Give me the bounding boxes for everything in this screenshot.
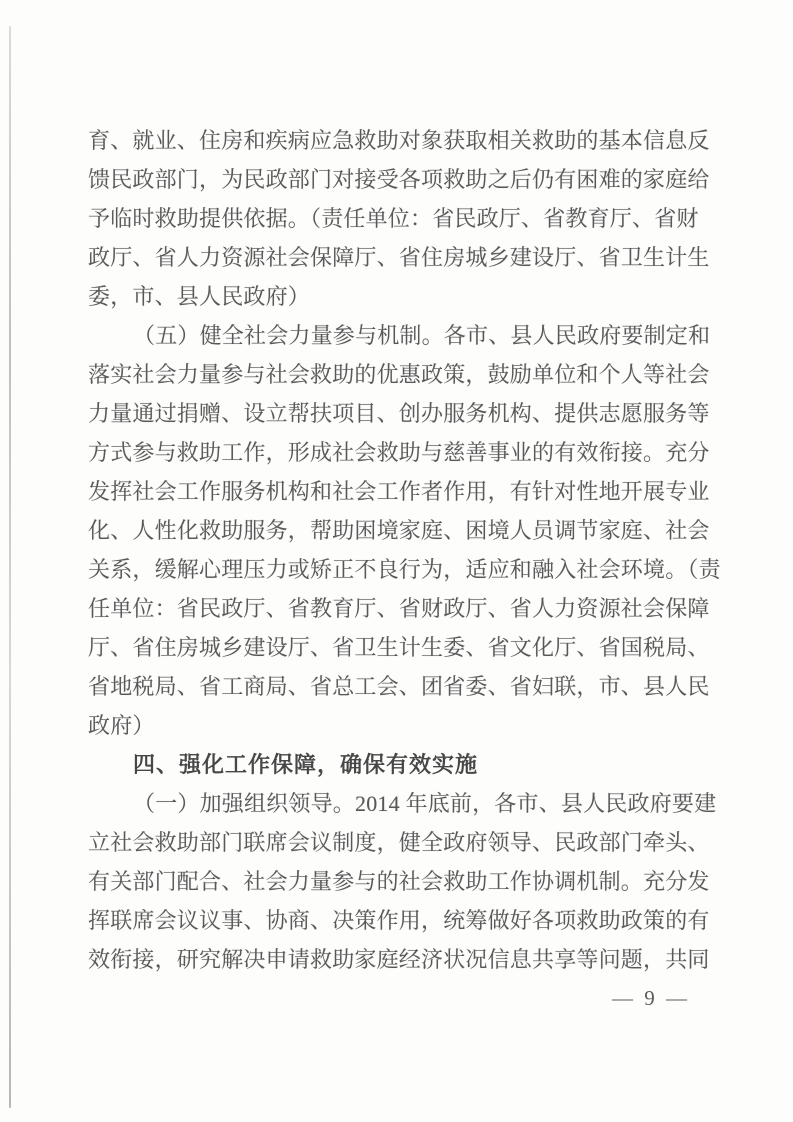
text-line: 委，市、县人民政府） bbox=[88, 277, 720, 316]
text-line: 任单位：省民政厅、省教育厅、省财政厅、省人力资源社会保障 bbox=[88, 589, 720, 628]
text-line: 有关部门配合、社会力量参与的社会救助工作协调机制。充分发 bbox=[88, 862, 720, 901]
paragraph-item-one: （一）加强组织领导。2014 年底前，各市、县人民政府要建 立社会救助部门联席会… bbox=[88, 784, 720, 979]
document-page: 育、就业、住房和疾病应急救助对象获取相关救助的基本信息反 馈民政部门，为民政部门… bbox=[0, 0, 793, 1122]
text-line: 育、就业、住房和疾病应急救助对象获取相关救助的基本信息反 bbox=[88, 121, 720, 160]
text-line: 挥联席会议议事、协商、决策作用，统筹做好各项救助政策的有 bbox=[88, 901, 720, 940]
scan-edge-artifact bbox=[9, 26, 11, 1108]
text-line: 馈民政部门，为民政部门对接受各项救助之后仍有困难的家庭给 bbox=[88, 160, 720, 199]
text-line: 落实社会力量参与社会救助的优惠政策，鼓励单位和个人等社会 bbox=[88, 355, 720, 394]
text-line: （五）健全社会力量参与机制。各市、县人民政府要制定和 bbox=[88, 316, 720, 355]
paragraph-continued: 育、就业、住房和疾病应急救助对象获取相关救助的基本信息反 馈民政部门，为民政部门… bbox=[88, 121, 720, 316]
paragraph-item-five: （五）健全社会力量参与机制。各市、县人民政府要制定和 落实社会力量参与社会救助的… bbox=[88, 316, 720, 745]
text-line: 发挥社会工作服务机构和社会工作者作用，有针对性地开展专业 bbox=[88, 472, 720, 511]
text-line: 力量通过捐赠、设立帮扶项目、创办服务机构、提供志愿服务等 bbox=[88, 394, 720, 433]
text-line: 方式参与救助工作，形成社会救助与慈善事业的有效衔接。充分 bbox=[88, 433, 720, 472]
text-line: 予临时救助提供依据。（责任单位：省民政厅、省教育厅、省财 bbox=[88, 199, 720, 238]
text-line: 政府） bbox=[88, 706, 720, 745]
document-text: 育、就业、住房和疾病应急救助对象获取相关救助的基本信息反 馈民政部门，为民政部门… bbox=[88, 121, 720, 979]
text-line: 政厅、省人力资源社会保障厅、省住房城乡建设厅、省卫生计生 bbox=[88, 238, 720, 277]
text-line: 厅、省住房城乡建设厅、省卫生计生委、省文化厅、省国税局、 bbox=[88, 628, 720, 667]
text-line: 化、人性化救助服务，帮助困境家庭、困境人员调节家庭、社会 bbox=[88, 511, 720, 550]
text-line: 立社会救助部门联席会议制度，健全政府领导、民政部门牵头、 bbox=[88, 823, 720, 862]
page-number: — 9 — bbox=[612, 984, 690, 1012]
section-heading: 四、强化工作保障，确保有效实施 bbox=[88, 745, 720, 784]
text-line: 关系，缓解心理压力或矫正不良行为，适应和融入社会环境。（责 bbox=[88, 550, 720, 589]
text-line: 省地税局、省工商局、省总工会、团省委、省妇联，市、县人民 bbox=[88, 667, 720, 706]
text-line: 效衔接，研究解决申请救助家庭经济状况信息共享等问题，共同 bbox=[88, 940, 720, 979]
text-line: （一）加强组织领导。2014 年底前，各市、县人民政府要建 bbox=[88, 784, 720, 823]
